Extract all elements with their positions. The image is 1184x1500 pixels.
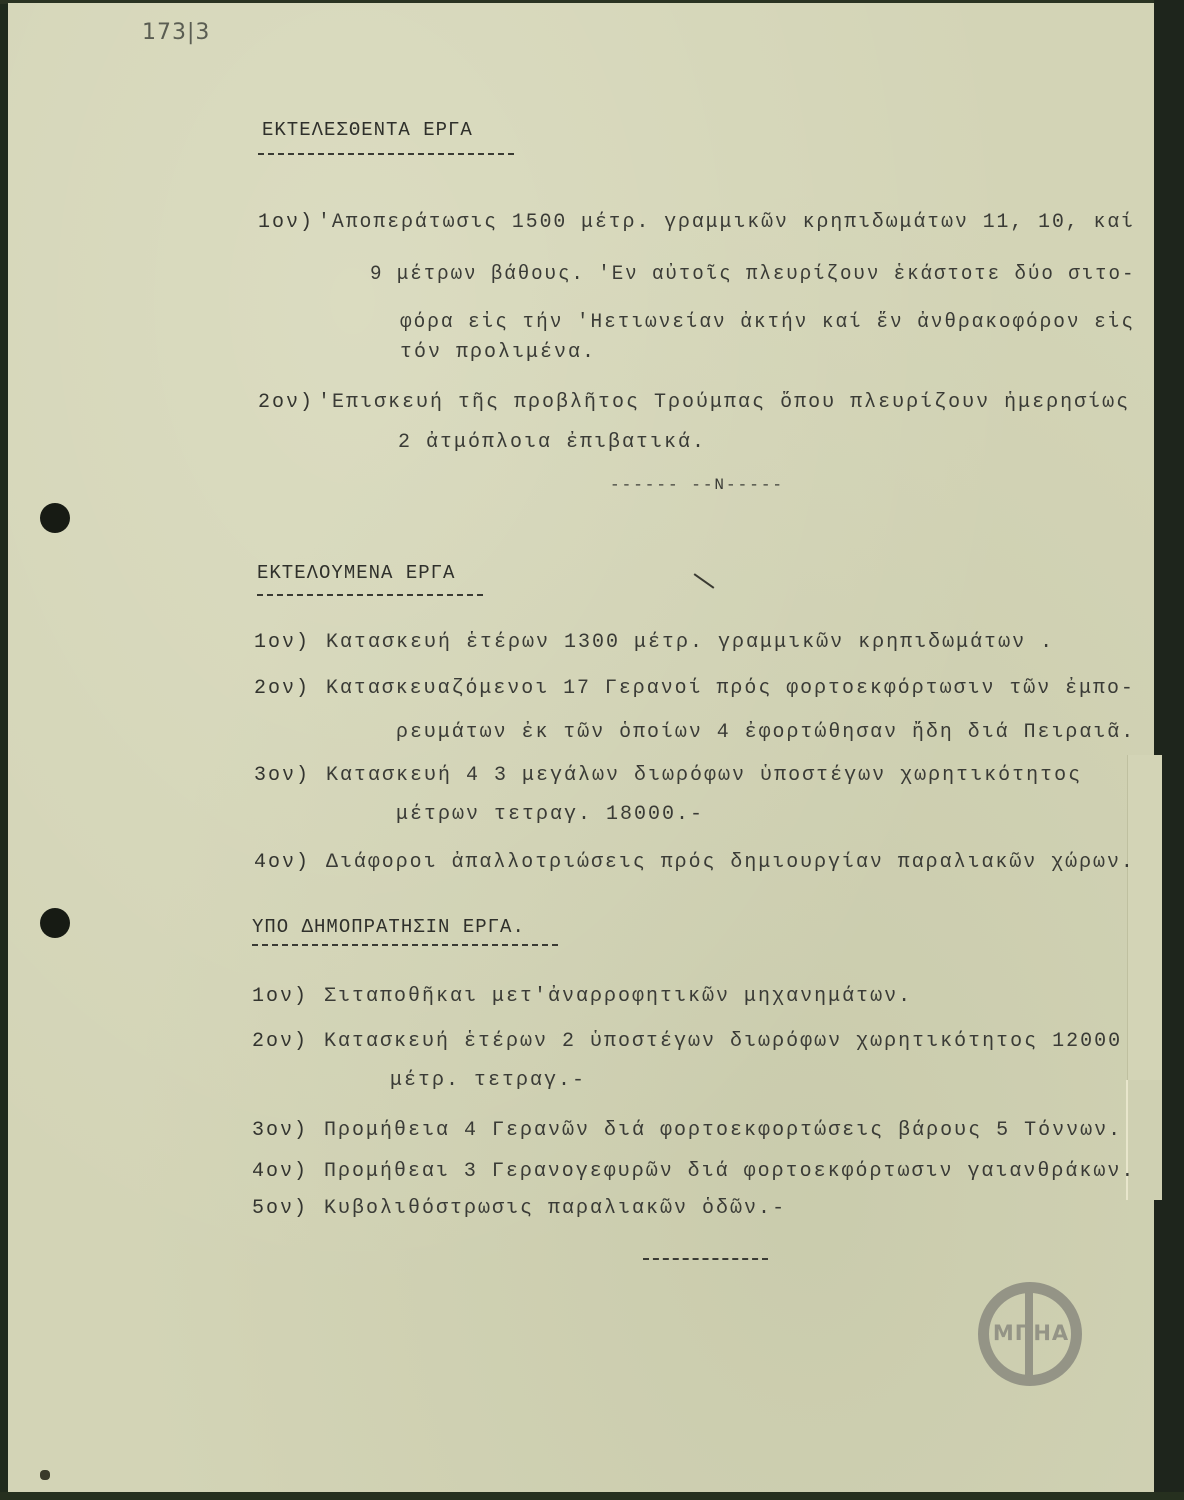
archive-seal-icon: ΜΠΗΑ bbox=[978, 1282, 1082, 1386]
section-heading-in-progress: ΕΚΤΕΛΟΥΜΕΝΑ ΕΡΓΑ bbox=[257, 562, 455, 584]
heading-underline bbox=[258, 153, 514, 155]
item-text: 'Επισκευή τῆς προβλῆτος Τρούμπας ὅπου πλ… bbox=[318, 391, 1130, 414]
item-text: 'Αποπεράτωσις 1500 μέτρ. γραμμικῶν κρηπι… bbox=[318, 211, 1135, 234]
item-text: Κατασκευαζόμενοι 17 Γερανοί πρός φορτοεκ… bbox=[326, 677, 1135, 700]
end-mark bbox=[643, 1258, 768, 1260]
item-label: 2ον) bbox=[252, 1030, 308, 1053]
item-text: 2 ἀτμόπλοια ἐπιβατικά. bbox=[398, 431, 706, 454]
item-text: Κατασκευή 4 3 μεγάλων διωρόφων ὑποστέγων… bbox=[326, 764, 1082, 787]
item-text: 9 μέτρων βάθους. 'Εν αὐτοῖς πλευρίζουν ἑ… bbox=[370, 263, 1135, 286]
item-text: Κυβολιθόστρωσις παραλιακῶν ὁδῶν.- bbox=[324, 1197, 786, 1220]
punch-hole bbox=[40, 503, 70, 533]
section-separator: ------ --Ν----- bbox=[610, 476, 784, 494]
item-label: 2ον) bbox=[258, 391, 314, 414]
ink-smudge bbox=[40, 1470, 50, 1480]
item-label: 3ον) bbox=[252, 1119, 308, 1142]
item-label: 3ον) bbox=[254, 764, 310, 787]
item-text: ρευμάτων ἐκ τῶν ὁποίων 4 ἐφορτώθησαν ἤδη… bbox=[396, 721, 1135, 744]
item-text: Προμήθεαι 3 Γερανογεφυρῶν διά φορτοεκφόρ… bbox=[324, 1160, 1135, 1183]
item-text: μέτρ. τετραγ.- bbox=[390, 1069, 586, 1092]
item-label: 5ον) bbox=[252, 1197, 308, 1220]
item-label: 1ον) bbox=[252, 985, 308, 1008]
item-label: 1ον) bbox=[258, 211, 314, 234]
item-text: Διάφοροι ἀπαλλοτριώσεις πρός δημιουργίαν… bbox=[326, 851, 1135, 874]
scan-border-bottom bbox=[0, 1492, 1184, 1500]
item-label: 4ον) bbox=[252, 1160, 308, 1183]
heading-underline bbox=[257, 594, 483, 596]
item-text: μέτρων τετραγ. 18000.- bbox=[396, 803, 704, 826]
item-label: 2ον) bbox=[254, 677, 310, 700]
section-heading-completed: ΕΚΤΕΛΕΣΘΕΝΤΑ ΕΡΓΑ bbox=[262, 119, 473, 141]
item-label: 4ον) bbox=[254, 851, 310, 874]
item-text: τόν προλιμένα. bbox=[400, 341, 596, 364]
archive-number: 173|3 bbox=[142, 20, 210, 45]
item-text: Προμήθεια 4 Γερανῶν διά φορτοεκφορτώσεις… bbox=[324, 1119, 1122, 1142]
seal-text: ΜΠΗΑ bbox=[979, 1321, 1083, 1345]
item-text: Σιταποθῆκαι μετ'ἀναρροφητικῶν μηχανημάτω… bbox=[324, 985, 912, 1008]
section-heading-under-auction: ΥΠΟ ΔΗΜΟΠΡΑΤΗΣΙΝ ΕΡΓΑ. bbox=[252, 916, 525, 938]
item-text: Κατασκευή ἑτέρων 1300 μέτρ. γραμμικῶν κρ… bbox=[326, 631, 1054, 654]
item-text: Κατασκευή ἑτέρων 2 ὑποστέγων διωρόφων χω… bbox=[324, 1030, 1122, 1053]
scan-border-right bbox=[1154, 0, 1184, 1500]
torn-edge bbox=[1127, 755, 1162, 1085]
item-text: φόρα εἰς τήν 'Ηετιωνείαν ἀκτήν καί ἕν ἀν… bbox=[400, 311, 1135, 334]
punch-hole bbox=[40, 908, 70, 938]
item-label: 1ον) bbox=[254, 631, 310, 654]
heading-underline bbox=[252, 944, 558, 946]
